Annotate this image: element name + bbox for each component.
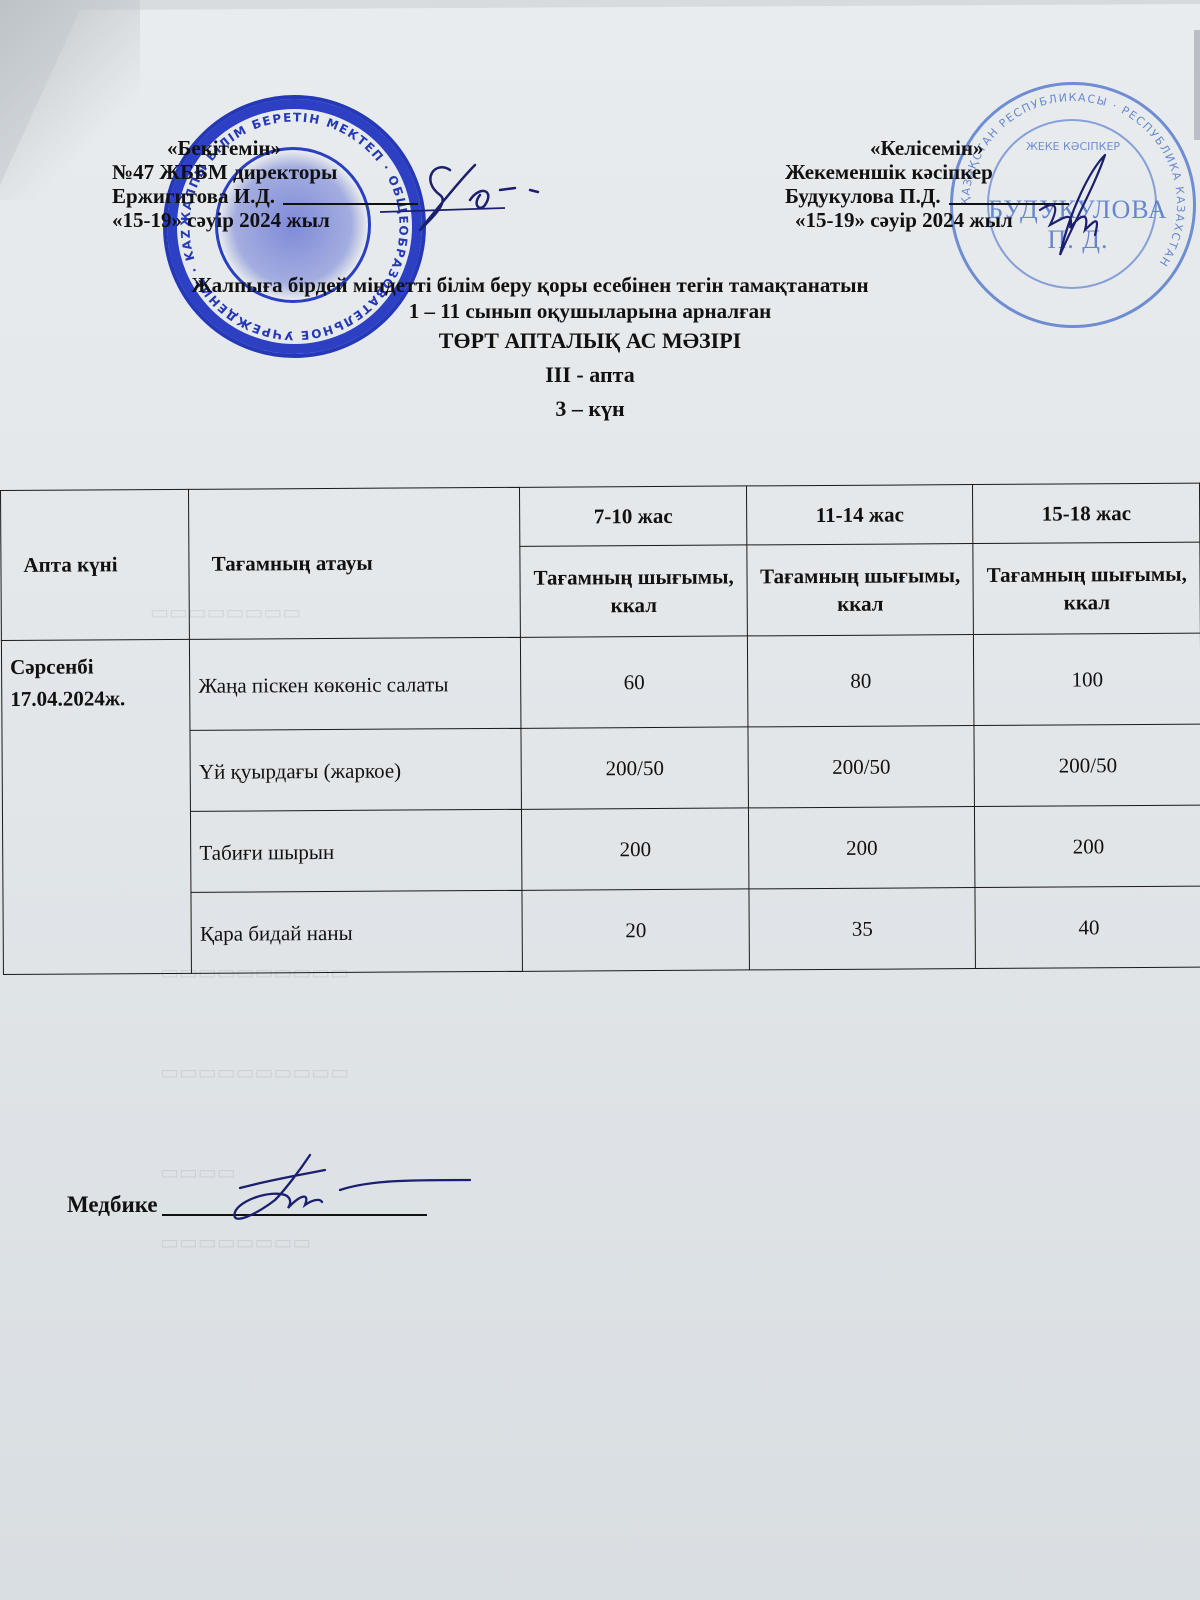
header-yield: Тағамның шығымы, ккал [973, 542, 1200, 634]
title-line-2: 1 – 11 сынып оқушыларына арналған [0, 298, 1060, 324]
approval-heading: «Бекітемін» [112, 136, 418, 160]
value-cell: 200/50 [974, 724, 1200, 806]
menu-table: Апта күні Тағамның атауы 7-10 жас 11-14 … [0, 483, 1200, 975]
dish-name: Қара бидай наны [191, 890, 523, 973]
title-line-1: Жалпыға бірдей міндетті білім беру қоры … [0, 272, 1060, 298]
date: 17.04.2024ж. [10, 682, 181, 715]
value-cell: 20 [522, 889, 749, 971]
value-cell: 40 [975, 886, 1200, 968]
nurse-label: Медбике [67, 1192, 158, 1217]
day-label: 3 – күн [0, 392, 1060, 426]
director-title: №47 ЖББМ директоры [112, 160, 418, 184]
menu-title: ТӨРТ АПТАЛЫҚ АС МӘЗІРІ [0, 324, 1060, 358]
entrepreneur-signature [1020, 150, 1130, 260]
header-age-7-10: 7-10 жас [520, 486, 747, 546]
header-yield: Тағамның шығымы, ккал [520, 545, 747, 637]
value-cell: 200 [522, 808, 749, 890]
value-cell: 200 [748, 807, 975, 889]
approval-date: «15-19» сәуір 2024 жыл [112, 208, 418, 232]
value-cell: 60 [521, 636, 748, 728]
page-edge [1194, 30, 1200, 140]
approval-block-director: «Бекітемін» №47 ЖББМ директоры Ержигитов… [112, 136, 418, 232]
value-cell: 35 [749, 888, 976, 970]
header-yield: Тағамның шығымы, ккал [747, 544, 974, 636]
header-age-15-18: 15-18 жас [973, 483, 1200, 543]
day-cell: Сәрсенбі 17.04.2024ж. [1, 639, 191, 974]
show-through-text: ▭▭▭▭ [160, 1160, 236, 1185]
dish-name: Табиғи шырын [191, 809, 523, 892]
value-cell: 80 [747, 635, 974, 727]
dish-name: Үй қуырдағы (жаркое) [190, 728, 522, 811]
header-age-11-14: 11-14 жас [746, 485, 973, 545]
director-signature [380, 150, 550, 240]
value-cell: 200/50 [748, 726, 975, 808]
document-title: Жалпыға бірдей міндетті білім беру қоры … [0, 272, 1060, 426]
show-through-text: ▭▭▭▭▭▭▭▭▭▭ [160, 1060, 349, 1085]
week-label: ІІІ - апта [0, 358, 1060, 392]
nurse-signature [230, 1150, 470, 1230]
table-row: Сәрсенбі 17.04.2024ж. Жаңа піскен көкөні… [1, 633, 1200, 731]
value-cell: 200/50 [521, 727, 748, 809]
dish-name: Жаңа піскен көкөніс салаты [190, 637, 522, 730]
show-through-text: ▭▭▭▭▭▭▭▭ [160, 1230, 311, 1255]
weekday: Сәрсенбі [10, 650, 181, 683]
header-dish: Тағамның атауы [189, 487, 521, 639]
director-name: Ержигитова И.Д. [112, 184, 275, 208]
header-day: Апта күні [1, 489, 190, 640]
entrepreneur-name: Будукулова П.Д. [785, 184, 941, 208]
value-cell: 100 [974, 633, 1200, 725]
value-cell: 200 [975, 805, 1200, 887]
